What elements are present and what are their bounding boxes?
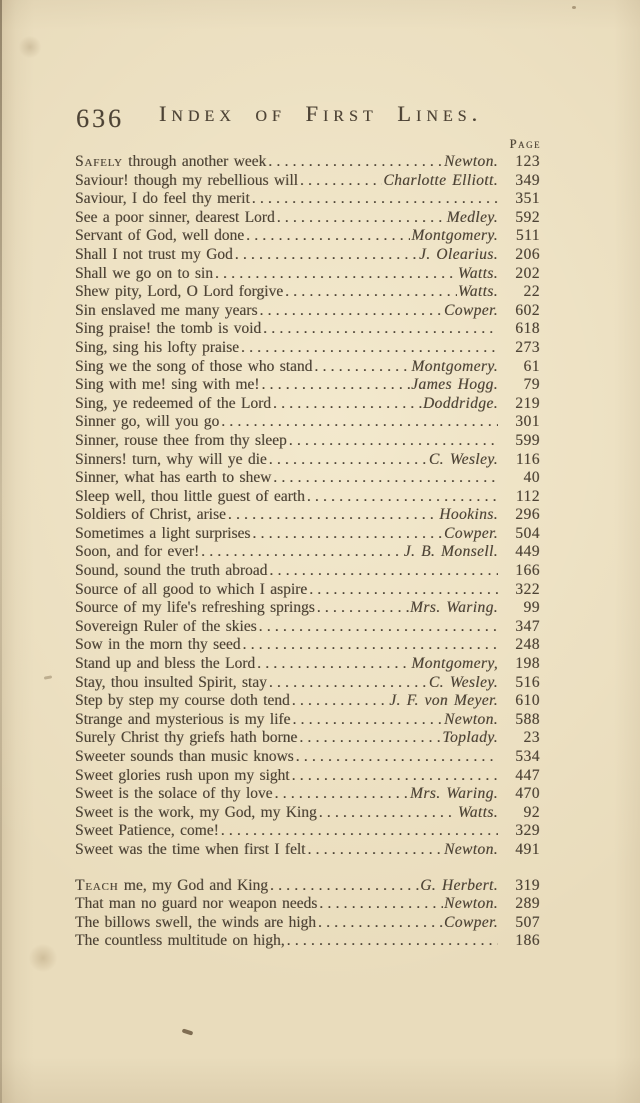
entry-author: Watts.: [458, 265, 498, 283]
entry-page-number: 219: [498, 395, 540, 413]
index-section: Teach me, my God and King...............…: [75, 877, 540, 951]
paper-speck: [572, 6, 576, 9]
dot-leader: ........................................…: [267, 674, 428, 690]
entry-page-number: 99: [498, 599, 540, 617]
entry-first-line: Sleep well, thou little guest of earth: [75, 488, 305, 506]
entry-page-number: 610: [498, 692, 540, 710]
index-entry: Sweet Patience, come!...................…: [75, 822, 540, 841]
entry-author: G. Herbert.: [420, 877, 498, 895]
dot-leader: ........................................…: [219, 822, 498, 838]
index-entry: Soldiers of Christ, arise...............…: [75, 506, 540, 525]
entry-first-line: Shew pity, Lord, O Lord forgive: [75, 283, 283, 301]
entry-author: Watts.: [458, 804, 498, 822]
entry-page-number: 349: [498, 172, 540, 190]
entry-author: Hookins.: [439, 506, 498, 524]
entry-author: Cowper.: [444, 525, 498, 543]
entry-page-number: 329: [498, 822, 540, 840]
entry-first-line: Safely through another week: [75, 153, 266, 171]
entry-author: Cowper.: [444, 914, 498, 932]
entry-first-line: Sinner, rouse thee from thy sleep: [75, 432, 287, 450]
index-entry: Sing, sing his lofty praise.............…: [75, 339, 540, 358]
dot-leader: ........................................…: [213, 265, 457, 281]
entry-first-line: Sweet Patience, come!: [75, 822, 219, 840]
entry-page-number: 322: [498, 581, 540, 599]
entry-page-number: 599: [498, 432, 540, 450]
dot-leader: ........................................…: [257, 302, 442, 318]
index-entry: Saviour! though my rebellious will......…: [75, 172, 540, 191]
book-page-scan: 636 Index of First Lines. Page Safely th…: [0, 0, 640, 1103]
dot-leader: ........................................…: [226, 506, 438, 522]
index-of-first-lines-list: Safely through another week.............…: [75, 153, 540, 951]
text-block: 636 Index of First Lines. Page Safely th…: [75, 0, 540, 1103]
entry-first-line: Surely Christ thy griefs hath borne: [75, 729, 297, 747]
entry-first-line: Strange and mysterious is my life: [75, 711, 290, 729]
entry-first-line: Saviour! though my rebellious will: [75, 172, 298, 190]
index-entry: Servant of God, well done...............…: [75, 227, 540, 246]
entry-first-line: Sing with me! sing with me!: [75, 376, 259, 394]
dot-leader: ........................................…: [199, 543, 403, 559]
entry-page-number: 273: [498, 339, 540, 357]
entry-page-number: 347: [498, 618, 540, 636]
paper-smudge: [28, 944, 58, 972]
index-entry: That man no guard nor weapon needs......…: [75, 895, 540, 914]
dot-leader: ........................................…: [275, 209, 446, 225]
entry-page-number: 23: [498, 729, 540, 747]
entry-first-line: Sweet glories rush upon my sight: [75, 767, 290, 785]
entry-page-number: 61: [498, 358, 540, 376]
entry-page-number: 202: [498, 265, 540, 283]
page-column-label: Page: [510, 137, 541, 152]
entry-author: C. Wesley.: [429, 451, 498, 469]
entry-first-line: Sweet was the time when first I felt: [75, 841, 305, 859]
dot-leader: ........................................…: [290, 767, 498, 783]
entry-first-line: Sometimes a light surprises: [75, 525, 250, 543]
entry-page-number: 602: [498, 302, 540, 320]
index-entry: Sweet was the time when first I felt....…: [75, 841, 540, 860]
entry-page-number: 40: [498, 469, 540, 487]
entry-page-number: 504: [498, 525, 540, 543]
dot-leader: ........................................…: [307, 581, 498, 597]
entry-first-line: Sing, sing his lofty praise: [75, 339, 239, 357]
index-entry: Saviour, I do feel thy merit............…: [75, 190, 540, 209]
entry-author: Doddridge.: [423, 395, 498, 413]
entry-page-number: 92: [498, 804, 540, 822]
dot-leader: ........................................…: [312, 358, 410, 374]
entry-author: C. Wesley.: [429, 674, 498, 692]
index-entry: Sing with me! sing with me!.............…: [75, 376, 540, 395]
entry-author: Charlotte Elliott.: [383, 172, 498, 190]
entry-author: Toplady.: [442, 729, 498, 747]
dot-leader: ........................................…: [305, 841, 443, 857]
dot-leader: ........................................…: [287, 432, 498, 448]
entry-page-number: 166: [498, 562, 540, 580]
index-entry: Shew pity, Lord, O Lord forgive.........…: [75, 283, 540, 302]
entry-first-line: Sweet is the solace of thy love: [75, 785, 273, 803]
entry-first-line: Sow in the morn thy seed: [75, 636, 241, 654]
entry-first-line: Shall I not trust my God: [75, 246, 233, 264]
dot-leader: ........................................…: [283, 283, 457, 299]
dot-leader: ........................................…: [290, 711, 443, 727]
dot-leader: ........................................…: [317, 895, 443, 911]
entry-first-line: Stay, thou insulted Spirit, stay: [75, 674, 267, 692]
entry-author: James Hogg.: [411, 376, 498, 394]
entry-page-number: 618: [498, 320, 540, 338]
entry-first-line: Sweet is the work, my God, my King: [75, 804, 317, 822]
entry-first-line: Saviour, I do feel thy merit: [75, 190, 250, 208]
entry-page-number: 296: [498, 506, 540, 524]
entry-page-number: 186: [498, 932, 540, 950]
index-section: Safely through another week.............…: [75, 153, 540, 860]
dot-leader: ........................................…: [259, 376, 410, 392]
dot-leader: ........................................…: [273, 785, 409, 801]
entry-author: Cowper.: [444, 302, 498, 320]
entry-first-line: Soon, and for ever!: [75, 543, 199, 561]
dot-leader: ........................................…: [250, 190, 498, 206]
index-entry: Stay, thou insulted Spirit, stay........…: [75, 674, 540, 693]
entry-first-line: Sin enslaved me many years: [75, 302, 257, 320]
index-entry: Step by step my course doth tend........…: [75, 692, 540, 711]
index-entry: Shall we go on to sin...................…: [75, 265, 540, 284]
entry-author: Montgomery.: [411, 227, 498, 245]
entry-author: Medley.: [447, 209, 498, 227]
entry-page-number: 511: [498, 227, 540, 245]
entry-page-number: 351: [498, 190, 540, 208]
index-entry: Surely Christ thy griefs hath borne.....…: [75, 729, 540, 748]
entry-page-number: 491: [498, 841, 540, 859]
entry-first-line: Sweeter sounds than music knows: [75, 748, 294, 766]
paper-speck: [44, 675, 52, 679]
index-entry: Source of all good to which I aspire....…: [75, 581, 540, 600]
index-entry: Shall I not trust my God................…: [75, 246, 540, 265]
index-entry: Sin enslaved me many years..............…: [75, 302, 540, 321]
entry-author: Montgomery,: [411, 655, 498, 673]
entry-first-line: Servant of God, well done: [75, 227, 244, 245]
index-entry: Source of my life's refreshing springs..…: [75, 599, 540, 618]
entry-first-line: Sinners! turn, why will ye die: [75, 451, 267, 469]
entry-page-number: 449: [498, 543, 540, 561]
section-lead-word: Teach: [75, 877, 118, 894]
entry-author: Newton.: [444, 153, 498, 171]
index-entry: Stand up and bless the Lord.............…: [75, 655, 540, 674]
entry-first-line: Sing we the song of those who stand: [75, 358, 312, 376]
dot-leader: ........................................…: [233, 246, 418, 262]
index-entry: Soon, and for ever!.....................…: [75, 543, 540, 562]
entry-page-number: 588: [498, 711, 540, 729]
entry-first-line: Teach me, my God and King: [75, 877, 268, 895]
entry-author: Newton.: [444, 711, 498, 729]
entry-first-line: Shall we go on to sin: [75, 265, 213, 283]
index-entry: Sweeter sounds than music knows.........…: [75, 748, 540, 767]
entry-author: Watts.: [458, 283, 498, 301]
dot-leader: ........................................…: [239, 339, 498, 355]
entry-first-line: Sound, sound the truth abroad: [75, 562, 267, 580]
paper-smudge: [18, 36, 42, 58]
index-entry: See a poor sinner, dearest Lord.........…: [75, 209, 540, 228]
entry-author: Mrs. Waring.: [410, 599, 498, 617]
dot-leader: ........................................…: [315, 599, 409, 615]
entry-page-number: 470: [498, 785, 540, 803]
index-entry: Sovereign Ruler of the skies............…: [75, 618, 540, 637]
dot-leader: ........................................…: [297, 729, 441, 745]
entry-page-number: 447: [498, 767, 540, 785]
entry-page-number: 206: [498, 246, 540, 264]
entry-author: J. B. Monsell.: [404, 543, 498, 561]
entry-page-number: 301: [498, 413, 540, 431]
dot-leader: ........................................…: [261, 320, 498, 336]
dot-leader: ........................................…: [219, 413, 498, 429]
entry-first-line: Source of all good to which I aspire: [75, 581, 307, 599]
index-entry: Sleep well, thou little guest of earth..…: [75, 488, 540, 507]
dot-leader: ........................................…: [257, 618, 498, 634]
index-entry: Sweet glories rush upon my sight........…: [75, 767, 540, 786]
index-entry: Sweet is the work, my God, my King......…: [75, 804, 540, 823]
entry-first-line: See a poor sinner, dearest Lord: [75, 209, 275, 227]
dot-leader: ........................................…: [317, 804, 457, 820]
entry-page-number: 319: [498, 877, 540, 895]
dot-leader: ........................................…: [305, 488, 498, 504]
entry-page-number: 198: [498, 655, 540, 673]
dot-leader: ........................................…: [268, 877, 419, 893]
dot-leader: ........................................…: [250, 525, 443, 541]
index-entry: The billows swell, the winds are high...…: [75, 914, 540, 933]
dot-leader: ........................................…: [266, 153, 443, 169]
entry-author: J. Olearius.: [419, 246, 498, 264]
entry-page-number: 507: [498, 914, 540, 932]
page-title: Index of First Lines.: [75, 101, 540, 127]
page-gutter-shadow: [0, 0, 2, 1103]
dot-leader: ........................................…: [244, 227, 410, 243]
entry-first-line: The billows swell, the winds are high: [75, 914, 316, 932]
entry-author: J. F. von Meyer.: [389, 692, 498, 710]
entry-author: Newton.: [444, 841, 498, 859]
dot-leader: ........................................…: [271, 469, 498, 485]
entry-first-line: Sovereign Ruler of the skies: [75, 618, 257, 636]
index-entry: Sinner, what has earth to shew..........…: [75, 469, 540, 488]
dot-leader: ........................................…: [267, 451, 428, 467]
entry-page-number: 248: [498, 636, 540, 654]
index-entry: Sing praise! the tomb is void...........…: [75, 320, 540, 339]
index-entry: Sinner go, will you go..................…: [75, 413, 540, 432]
folio-page-number: 636: [76, 104, 124, 134]
entry-author: Montgomery.: [411, 358, 498, 376]
index-entry: Sometimes a light surprises.............…: [75, 525, 540, 544]
entry-page-number: 22: [498, 283, 540, 301]
entry-first-line: Soldiers of Christ, arise: [75, 506, 226, 524]
dot-leader: ........................................…: [290, 692, 388, 708]
index-entry: Sound, sound the truth abroad...........…: [75, 562, 540, 581]
index-entry: The countless multitude on high,........…: [75, 932, 540, 951]
entry-page-number: 534: [498, 748, 540, 766]
dot-leader: ........................................…: [241, 636, 499, 652]
entry-author: Mrs. Waring.: [410, 785, 498, 803]
index-entry: Sinner, rouse thee from thy sleep.......…: [75, 432, 540, 451]
running-header: 636 Index of First Lines.: [75, 101, 540, 135]
entry-first-line: Sing, ye redeemed of the Lord: [75, 395, 271, 413]
entry-first-line: The countless multitude on high,: [75, 932, 285, 950]
entry-page-number: 123: [498, 153, 540, 171]
index-entry: Sweet is the solace of thy love.........…: [75, 785, 540, 804]
dot-leader: ........................................…: [294, 748, 498, 764]
entry-page-number: 592: [498, 209, 540, 227]
entry-page-number: 79: [498, 376, 540, 394]
entry-first-line: Step by step my course doth tend: [75, 692, 290, 710]
index-entry: Sinners! turn, why will ye die..........…: [75, 451, 540, 470]
index-entry: Strange and mysterious is my life.......…: [75, 711, 540, 730]
entry-page-number: 116: [498, 451, 540, 469]
dot-leader: ........................................…: [267, 562, 498, 578]
entry-page-number: 112: [498, 488, 540, 506]
entry-first-line: Sinner go, will you go: [75, 413, 219, 431]
dot-leader: ........................................…: [285, 932, 498, 948]
dot-leader: ........................................…: [271, 395, 422, 411]
entry-page-number: 289: [498, 895, 540, 913]
entry-first-line: Sing praise! the tomb is void: [75, 320, 261, 338]
index-entry: Teach me, my God and King...............…: [75, 877, 540, 896]
dot-leader: ........................................…: [298, 172, 382, 188]
index-entry: Sow in the morn thy seed................…: [75, 636, 540, 655]
entry-first-line: Stand up and bless the Lord: [75, 655, 255, 673]
entry-first-line: That man no guard nor weapon needs: [75, 895, 317, 913]
entry-first-line: Sinner, what has earth to shew: [75, 469, 271, 487]
section-lead-word: Safely: [75, 153, 123, 170]
dot-leader: ........................................…: [255, 655, 410, 671]
entry-author: Newton.: [444, 895, 498, 913]
index-entry: Sing, ye redeemed of the Lord...........…: [75, 395, 540, 414]
entry-first-line: Source of my life's refreshing springs: [75, 599, 315, 617]
index-entry: Safely through another week.............…: [75, 153, 540, 172]
index-entry: Sing we the song of those who stand.....…: [75, 358, 540, 377]
dot-leader: ........................................…: [316, 914, 443, 930]
entry-page-number: 516: [498, 674, 540, 692]
